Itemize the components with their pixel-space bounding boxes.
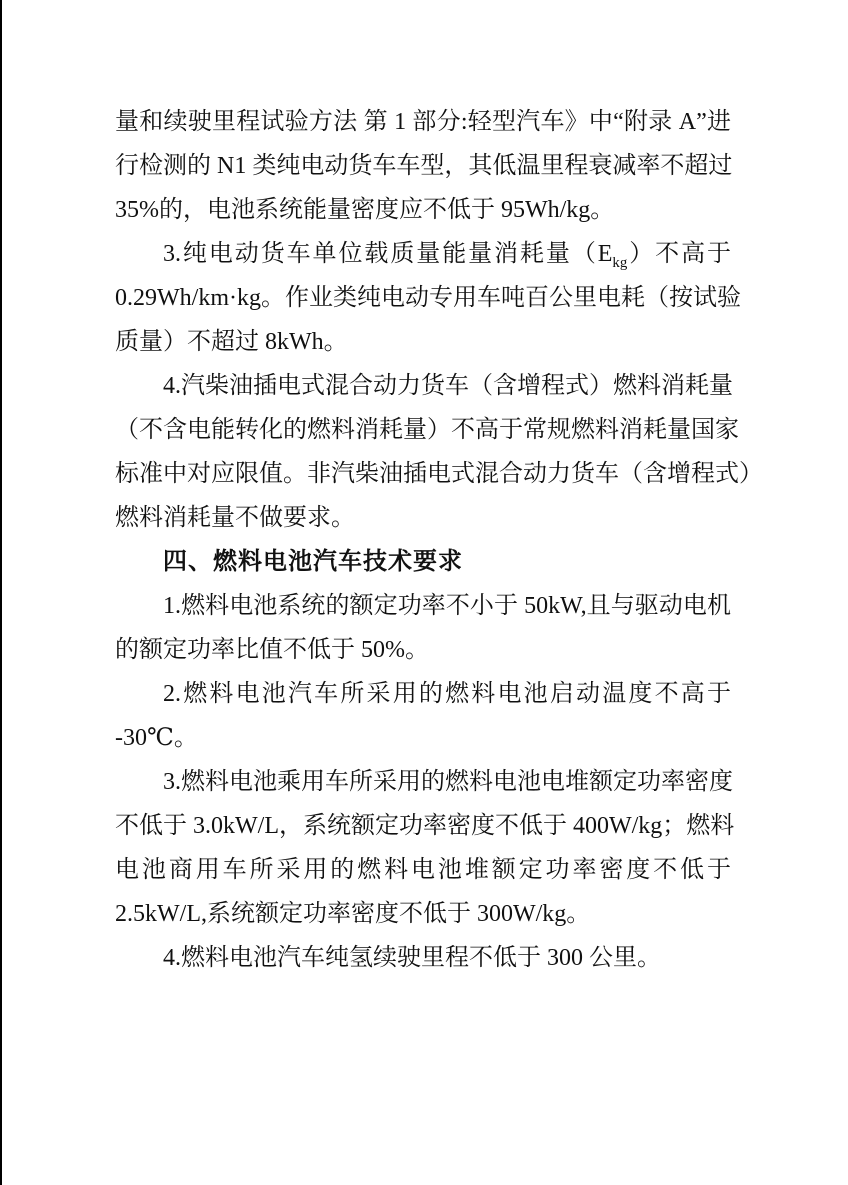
text-line: 35%的，电池系统能量密度应不低于 95Wh/kg。 <box>115 188 731 232</box>
text-line: 4.汽柴油插电式混合动力货车（含增程式）燃料消耗量 <box>115 364 731 408</box>
text-line: 1.燃料电池系统的额定功率不小于 50kW,且与驱动电机 <box>115 584 731 628</box>
document-page: 量和续驶里程试验方法 第 1 部分:轻型汽车》中“附录 A”进 行检测的 N1 … <box>0 0 848 1185</box>
text-line: 电池商用车所采用的燃料电池堆额定功率密度不低于 <box>115 848 731 892</box>
text-line: （不含电能转化的燃料消耗量）不高于常规燃料消耗量国家 <box>115 408 731 452</box>
text-line: 标准中对应限值。非汽柴油插电式混合动力货车（含增程式） <box>115 452 731 496</box>
text-line: 0.29Wh/km·kg。作业类纯电动专用车吨百公里电耗（按试验 <box>115 276 731 320</box>
text-segment: 3.纯电动货车单位载质量能量消耗量（E <box>163 241 612 267</box>
text-line: 不低于 3.0kW/L，系统额定功率密度不低于 400W/kg；燃料 <box>115 804 731 848</box>
text-line: 4.燃料电池汽车纯氢续驶里程不低于 300 公里。 <box>115 936 731 980</box>
scan-edge-artifact <box>0 0 2 1185</box>
text-line: -30℃。 <box>115 716 731 760</box>
text-line: 量和续驶里程试验方法 第 1 部分:轻型汽车》中“附录 A”进 <box>115 100 731 144</box>
text-line: 行检测的 N1 类纯电动货车车型，其低温里程衰减率不超过 <box>115 144 731 188</box>
text-segment: ）不高于 <box>627 241 731 267</box>
text-line: 2.5kW/L,系统额定功率密度不低于 300W/kg。 <box>115 892 731 936</box>
text-line: 的额定功率比值不低于 50%。 <box>115 628 731 672</box>
section-heading: 四、燃料电池汽车技术要求 <box>115 540 731 584</box>
document-text-block: 量和续驶里程试验方法 第 1 部分:轻型汽车》中“附录 A”进 行检测的 N1 … <box>115 100 731 980</box>
text-line: 3.纯电动货车单位载质量能量消耗量（Ekg）不高于 <box>115 232 731 276</box>
text-line: 质量）不超过 8kWh。 <box>115 320 731 364</box>
text-line: 3.燃料电池乘用车所采用的燃料电池电堆额定功率密度 <box>115 760 731 804</box>
subscript-kg: kg <box>612 255 627 271</box>
text-line: 2.燃料电池汽车所采用的燃料电池启动温度不高于 <box>115 672 731 716</box>
text-line: 燃料消耗量不做要求。 <box>115 496 731 540</box>
